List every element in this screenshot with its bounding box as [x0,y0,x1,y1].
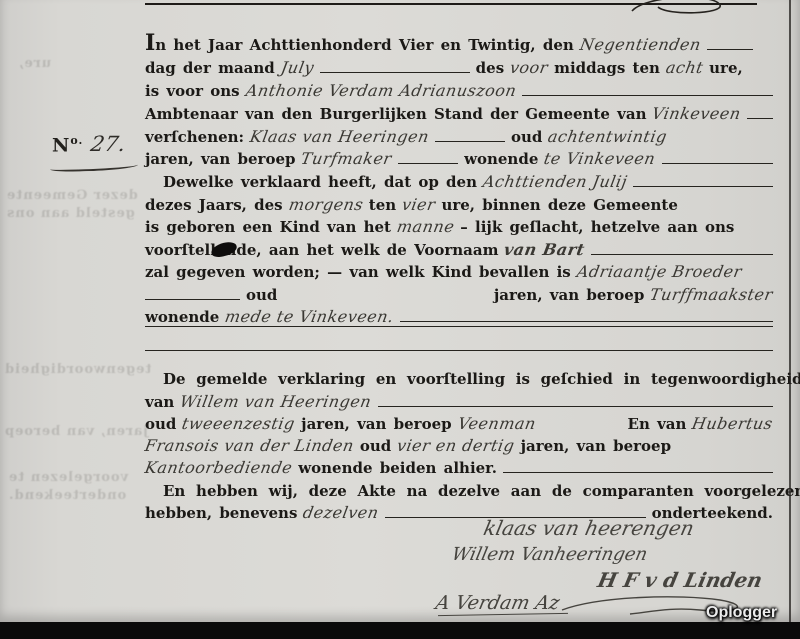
handwritten-day: Negentienden [578,36,702,54]
form-line-14: De gemelde verklaring en voorſtelling is… [145,368,773,388]
printed-text: jaren, van beroep [301,415,451,433]
watermark-label: Oplogger [706,604,777,622]
handwritten-mother-occupation: Turffmaakster [649,286,775,304]
handwritten-witness2-name: Fransois van der Linden [143,437,355,455]
printed-text: dag der maand [145,59,275,77]
printed-text: jaren, van beroep [521,437,671,455]
handwritten-witness2-age: vier en dertig [396,437,517,455]
printed-text: jaren, van beroep [494,286,644,304]
printed-text: ten [369,196,396,214]
printed-text: wonende beiden alhier. [298,459,497,477]
form-line-15: van Willem van Heeringen [145,391,773,411]
form-line-4: Ambtenaar van den Burgerlijken Stand der… [145,103,773,123]
signature-registrar: A Verdam Az [434,592,562,614]
form-line-19: En hebben wij, deze Akte na dezelve aan … [145,480,773,500]
printed-text: wonende [145,308,219,326]
form-line-17: Fransois van der Linden oud vier en dert… [145,435,773,455]
document-paper: No. 27. ure, dezer Gemeente gesteld aan … [0,0,800,622]
handwritten-witness1-age: tweeenzestig [181,415,297,433]
handwritten-mother-name: Adriaantje Broeder [575,263,743,281]
form-line-13: wonende mede te Vinkeveen. [145,306,773,326]
printed-text: wonende [464,150,538,168]
rule-fill [522,95,773,96]
bleedthrough-text: dezer Gemeente [6,188,138,203]
form-line-6: jaren, van beroep Turfmaker wonende te V… [145,148,773,168]
scanned-birth-certificate: { "watermark": "Oplogger", "margin": { "… [0,0,800,639]
act-number-value: 27. [89,135,127,153]
rule-fill [662,163,774,164]
printed-text: – lijk geſlacht, hetzelve aan ons [460,218,734,236]
handwritten-birth-hour: vier [401,196,437,214]
printed-text: En van [628,415,687,433]
printed-text: Dewelke verklaard heeft, dat op den [163,173,477,191]
form-line-1: In het Jaar Achttienhonderd Vier en Twin… [145,34,773,54]
form-line-7: Dewelke verklaard heeft, dat op den Acht… [145,171,773,191]
printed-text: ure, binnen deze Gemeente [441,196,677,214]
handwritten-registrar-name: Anthonie Verdam Adrianuszoon [244,82,518,100]
signature-declarant: klaas van heerengen [481,516,696,540]
handwritten-declarant-occupation: Turfmaker [300,150,394,168]
printed-text: verſchenen: [145,128,244,146]
rule-fill [400,321,773,322]
rule-fill [707,49,753,50]
printed-text: oud [360,437,391,455]
form-line-12: oud jaren, van beroep Turffmaakster [145,284,773,304]
printed-text: hebben, benevens [145,504,297,522]
act-number-underline [50,161,138,172]
handwritten-witness2-occupation: Kantoorbediende [143,459,293,477]
printed-text: In het Jaar Achttienhonderd Vier en Twin… [145,34,574,54]
handwritten-mother-residence: mede te Vinkeveen. [224,308,396,326]
printed-text: oud [246,286,277,304]
printed-text: is voor ons [145,82,240,100]
blank-rule [145,326,773,327]
handwritten-municipality: Vinkeveen [651,105,743,123]
handwritten-witness1-occupation: Veenman [456,415,537,433]
rule-fill [398,163,458,164]
act-number-prefix: N [52,134,70,156]
handwritten-birth-daypart: morgens [287,196,364,214]
printed-text: is geboren een Kind van het [145,218,391,236]
printed-text: jaren, van beroep [145,150,295,168]
printed-text: zal gegeven worden; — van welk Kind beva… [145,263,571,281]
printed-text: De gemelde verklaring en voorſtelling is… [163,370,800,388]
handwritten-declarant-residence: te Vinkeveen [543,150,657,168]
printed-text: Ambtenaar van den Burgerlijken Stand der… [145,105,646,123]
handwritten-hour: acht [664,59,704,77]
printed-text: ure, [709,59,743,77]
form-line-18: Kantoorbediende wonende beiden alhier. [145,457,773,477]
printed-text: voorſtellende, aan het welk de Voornaam [145,241,498,259]
printed-text: des [476,59,504,77]
form-line-10: voorſtellende, aan het welk de Voornaam … [145,239,773,259]
rule-fill [378,406,773,407]
handwritten-declarant-age: achtentwintig [547,128,669,146]
rule-fill [591,254,773,255]
bleedthrough-text: onderteekend. [8,488,126,503]
rule-fill [747,118,773,119]
form-line-16: oud tweeenzestig jaren, van beroep Veenm… [145,413,773,433]
handwritten-child-name: van Bart [503,241,587,259]
rule-fill [320,72,470,73]
handwritten-daypart: voor [509,59,550,77]
handwritten-witness1-name: Willem van Heeringen [179,393,373,411]
blank-rule [145,350,773,351]
form-line-3: is voor ons Anthonie Verdam Adrianuszoon [145,80,773,100]
printed-text: middags ten [554,59,660,77]
handwritten-gender: manne [395,218,455,236]
rule-fill [435,141,505,142]
bleedthrough-text: jaren, van beroep [4,424,148,439]
pen-flourish [628,0,738,19]
printed-text: dezes Jaars, des [145,196,283,214]
handwritten-month: July [279,59,315,77]
printed-text: van [145,393,174,411]
printed-text: oud [511,128,542,146]
handwritten-dezelven: dezelven [302,504,381,522]
form-line-5: verſchenen: Klaas van Heeringen oud acht… [145,126,773,146]
form-line-11: zal gegeven worden; — van welk Kind beva… [145,261,773,281]
signature-witness2: H F v d Linden [595,568,764,592]
rule-fill [503,472,773,473]
bleedthrough-text: voorgelezen te [8,470,128,485]
printed-text: oud [145,415,176,433]
handwritten-witness2-firstname: Hubertus [691,415,775,433]
rule-fill [145,299,240,300]
signature-witness1: Willem Vanheeringen [450,544,650,565]
act-number-sup: o. [70,134,83,147]
act-number: No. 27. [52,134,126,156]
rule-fill [633,186,773,187]
printed-text: En hebben wij, deze Akte na dezelve aan … [163,482,800,500]
form-line-9: is geboren een Kind van het manne – lijk… [145,216,773,236]
bleedthrough-text: ure, [18,56,51,71]
form-line-8: dezes Jaars, des morgens ten vier ure, b… [145,194,773,214]
page-fold-line [789,0,791,622]
bleedthrough-text: tegenwoordigheid [4,362,151,377]
handwritten-declarant-name: Klaas van Heeringen [249,128,431,146]
handwritten-birthdate: Achttienden Julij [481,173,628,191]
bleedthrough-text: gesteld aan ons [6,206,135,221]
form-line-2: dag der maand July des voor middags ten … [145,57,773,77]
